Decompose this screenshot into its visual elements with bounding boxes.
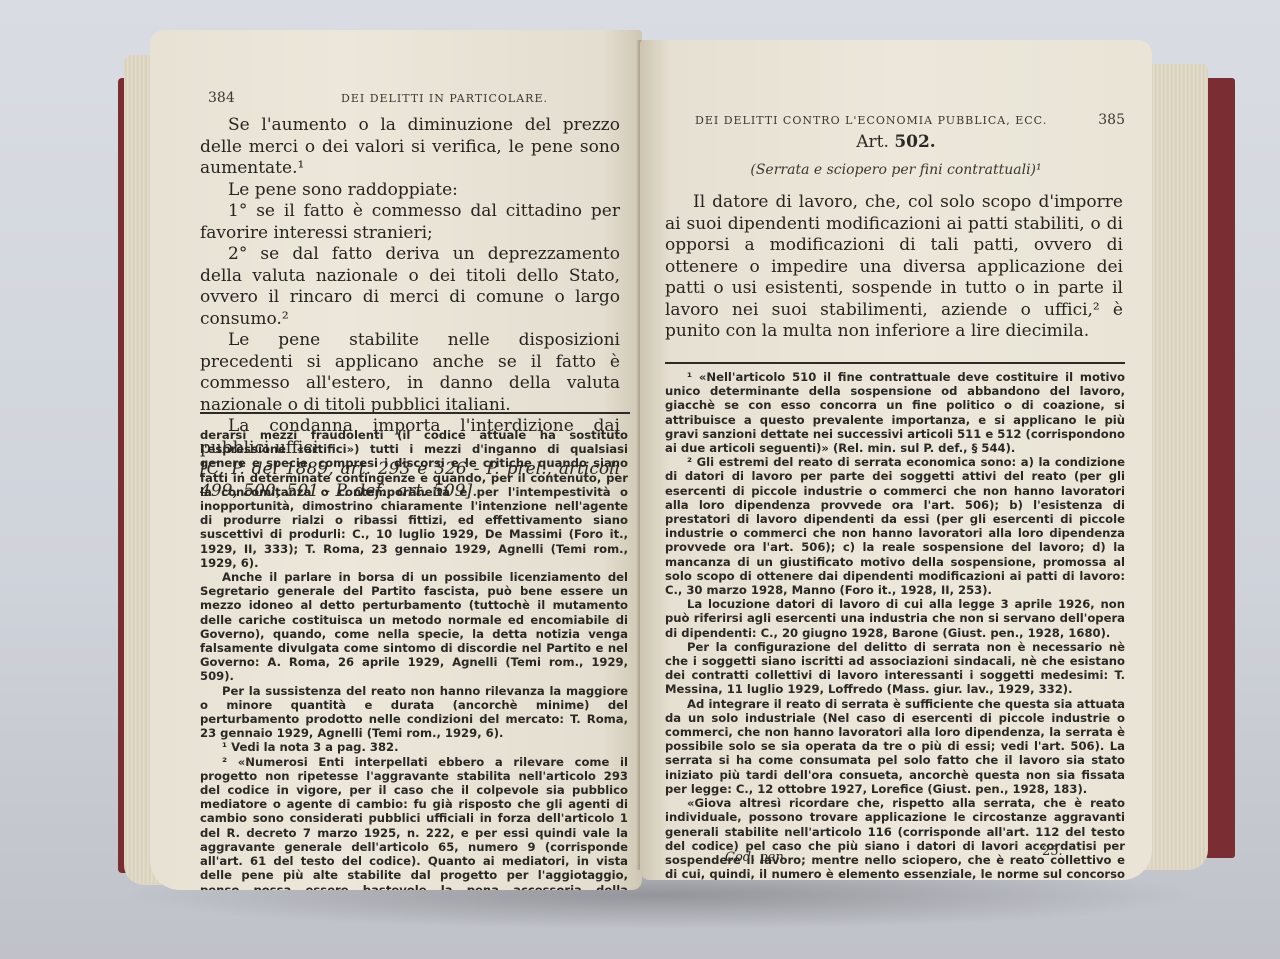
footnote: «Giova altresì ricordare che, rispetto a… xyxy=(665,796,1125,880)
right-page: DEI DELITTI CONTRO L'ECONOMIA PUBBLICA, … xyxy=(640,40,1152,880)
footnote: ² «Numerosi Enti interpellati ebbero a r… xyxy=(200,755,628,890)
paragraph: 2° se dal fatto deriva un deprezzamento … xyxy=(200,244,620,330)
article-subtitle: (Serrata e sciopero per fini contrattual… xyxy=(640,162,1152,178)
signature-number: 25. xyxy=(1042,844,1063,859)
footnote-divider xyxy=(665,362,1125,364)
article-number: 502. xyxy=(894,132,935,152)
footnote: ¹ Vedi la nota 3 a pag. 382. xyxy=(200,740,628,754)
paragraph: 1° se il fatto è commesso dal cittadino … xyxy=(200,201,620,244)
running-head-title: DEI DELITTI IN PARTICOLARE. xyxy=(341,92,548,105)
paragraph: Le pene sono raddoppiate: xyxy=(200,180,620,202)
right-footnotes: ¹ «Nell'articolo 510 il fine contrattual… xyxy=(665,370,1125,880)
paragraph: Le pene stabilite nelle disposizioni pre… xyxy=(200,330,620,416)
article-prefix: Art. xyxy=(856,132,889,152)
footnote: Per la configurazione del delitto di ser… xyxy=(665,640,1125,697)
paragraph: Se l'aumento o la diminuzione del prezzo… xyxy=(200,115,620,180)
footnote: ¹ «Nell'articolo 510 il fine contrattual… xyxy=(665,370,1125,455)
signature-mark: Cod. pen. xyxy=(725,850,788,865)
footnote: Per la sussistenza del reato non hanno r… xyxy=(200,684,628,741)
running-head-title: DEI DELITTI CONTRO L'ECONOMIA PUBBLICA, … xyxy=(695,114,1047,127)
footnote: ² Gli estremi del reato di serrata econo… xyxy=(665,455,1125,597)
article-body: Il datore di lavoro, che, col solo scopo… xyxy=(665,192,1123,343)
left-footnotes: derarsi mezzi fraudolenti (il codice att… xyxy=(200,428,628,890)
left-page: 384 DEI DELITTI IN PARTICOLARE. Se l'aum… xyxy=(150,30,642,890)
right-article-text: Il datore di lavoro, che, col solo scopo… xyxy=(665,192,1123,343)
footnote: derarsi mezzi fraudolenti (il codice att… xyxy=(200,428,628,570)
page-number: 385 xyxy=(1098,112,1125,128)
right-running-head: DEI DELITTI CONTRO L'ECONOMIA PUBBLICA, … xyxy=(695,112,1125,128)
footnote: Ad integrare il reato di serrata è suffi… xyxy=(665,697,1125,796)
page-number: 384 xyxy=(208,90,235,106)
book-cover-right xyxy=(1205,78,1235,858)
footnote: La locuzione datori di lavoro di cui all… xyxy=(665,597,1125,640)
footnote-divider xyxy=(200,412,630,414)
left-running-head: 384 DEI DELITTI IN PARTICOLARE. xyxy=(208,90,618,106)
article-heading: Art. 502. xyxy=(640,132,1152,152)
footnote: Anche il parlare in borsa di un possibil… xyxy=(200,570,628,684)
